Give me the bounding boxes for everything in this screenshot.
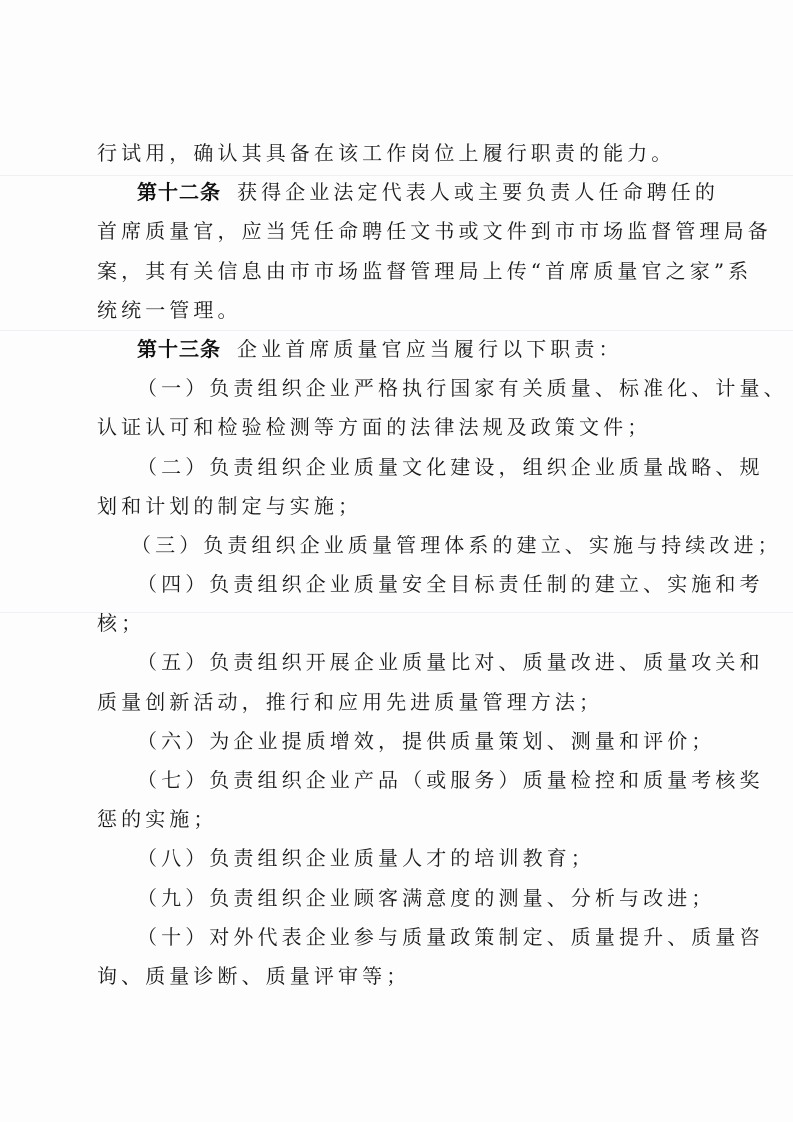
line-text: 划和计划的制定与实施； (97, 494, 362, 518)
line-text: 质量创新活动，推行和应用先进质量管理方法； (97, 690, 603, 714)
list-item-6: （六）为企业提质增效，提供质量策划、测量和评价； (97, 722, 697, 761)
list-item-9: （九）负责组织企业顾客满意度的测量、分析与改进； (97, 879, 697, 918)
line-text: 行试用，确认其具备在该工作岗位上履行职责的能力。 (97, 141, 675, 165)
paragraph-line: 行试用，确认其具备在该工作岗位上履行职责的能力。 (97, 134, 697, 173)
paragraph-line: 惩的实施； (97, 800, 697, 839)
paragraph-line: 核； (97, 604, 697, 643)
paragraph-line: 首席质量官，应当凭任命聘任文书或文件到市市场监督管理局备 (97, 212, 697, 251)
line-text: 企业首席质量官应当履行以下职责： (237, 337, 623, 361)
article-12-line: 第十二条获得企业法定代表人或主要负责人任命聘任的 (97, 173, 697, 212)
list-item-7: （七）负责组织企业产品（或服务）质量检控和质量考核奖 (97, 761, 697, 800)
paragraph-line: 统统一管理。 (97, 291, 697, 330)
line-text: （七）负责组织企业产品（或服务）质量检控和质量考核奖 (137, 768, 764, 792)
paragraph-line: 认证认可和检验检测等方面的法律法规及政策文件； (97, 408, 697, 447)
line-text: 询、质量诊断、质量评审等； (97, 964, 410, 988)
document-body: 行试用，确认其具备在该工作岗位上履行职责的能力。 第十二条获得企业法定代表人或主… (97, 134, 697, 996)
line-text: （四）负责组织企业质量安全目标责任制的建立、实施和考 (137, 572, 764, 596)
paragraph-line: 划和计划的制定与实施； (97, 487, 697, 526)
paragraph-line: 质量创新活动，推行和应用先进质量管理方法； (97, 683, 697, 722)
line-text: （三）负责组织企业质量管理体系的建立、实施与持续改进； (131, 533, 782, 557)
line-text: 首席质量官，应当凭任命聘任文书或文件到市市场监督管理局备 (97, 219, 772, 243)
line-text: 统统一管理。 (97, 298, 242, 322)
line-text: （二）负责组织企业质量文化建设，组织企业质量战略、规 (137, 455, 764, 479)
article-13-line: 第十三条企业首席质量官应当履行以下职责： (97, 330, 697, 369)
list-item-5: （五）负责组织开展企业质量比对、质量改进、质量攻关和 (97, 643, 697, 682)
line-text: 获得企业法定代表人或主要负责人任命聘任的 (237, 180, 719, 204)
line-text: 案，其有关信息由市市场监督管理局上传“首席质量官之家”系 (97, 259, 752, 283)
line-text: （十）对外代表企业参与质量政策制定、质量提升、质量咨 (137, 925, 764, 949)
line-text: 认证认可和检验检测等方面的法律法规及政策文件； (97, 415, 651, 439)
article-number: 第十二条 (137, 180, 221, 204)
line-text: （八）负责组织企业质量人才的培训教育； (137, 846, 595, 870)
list-item-10: （十）对外代表企业参与质量政策制定、质量提升、质量咨 (97, 918, 697, 957)
line-text: （六）为企业提质增效，提供质量策划、测量和评价； (137, 729, 715, 753)
paragraph-line: 案，其有关信息由市市场监督管理局上传“首席质量官之家”系 (97, 252, 697, 291)
document-page: 行试用，确认其具备在该工作岗位上履行职责的能力。 第十二条获得企业法定代表人或主… (0, 0, 793, 1122)
list-item-2: （二）负责组织企业质量文化建设，组织企业质量战略、规 (97, 448, 697, 487)
line-text: （九）负责组织企业顾客满意度的测量、分析与改进； (137, 886, 715, 910)
list-item-3: （三）负责组织企业质量管理体系的建立、实施与持续改进； (97, 526, 697, 565)
list-item-4: （四）负责组织企业质量安全目标责任制的建立、实施和考 (97, 565, 697, 604)
list-item-8: （八）负责组织企业质量人才的培训教育； (97, 839, 697, 878)
line-text: 惩的实施； (97, 807, 218, 831)
paragraph-line: 询、质量诊断、质量评审等； (97, 957, 697, 996)
list-item-1: （一）负责组织企业严格执行国家有关质量、标准化、计量、 (97, 369, 697, 408)
line-text: （一）负责组织企业严格执行国家有关质量、标准化、计量、 (137, 376, 788, 400)
line-text: 核； (97, 611, 145, 635)
article-number: 第十三条 (137, 337, 221, 361)
line-text: （五）负责组织开展企业质量比对、质量改进、质量攻关和 (137, 650, 764, 674)
